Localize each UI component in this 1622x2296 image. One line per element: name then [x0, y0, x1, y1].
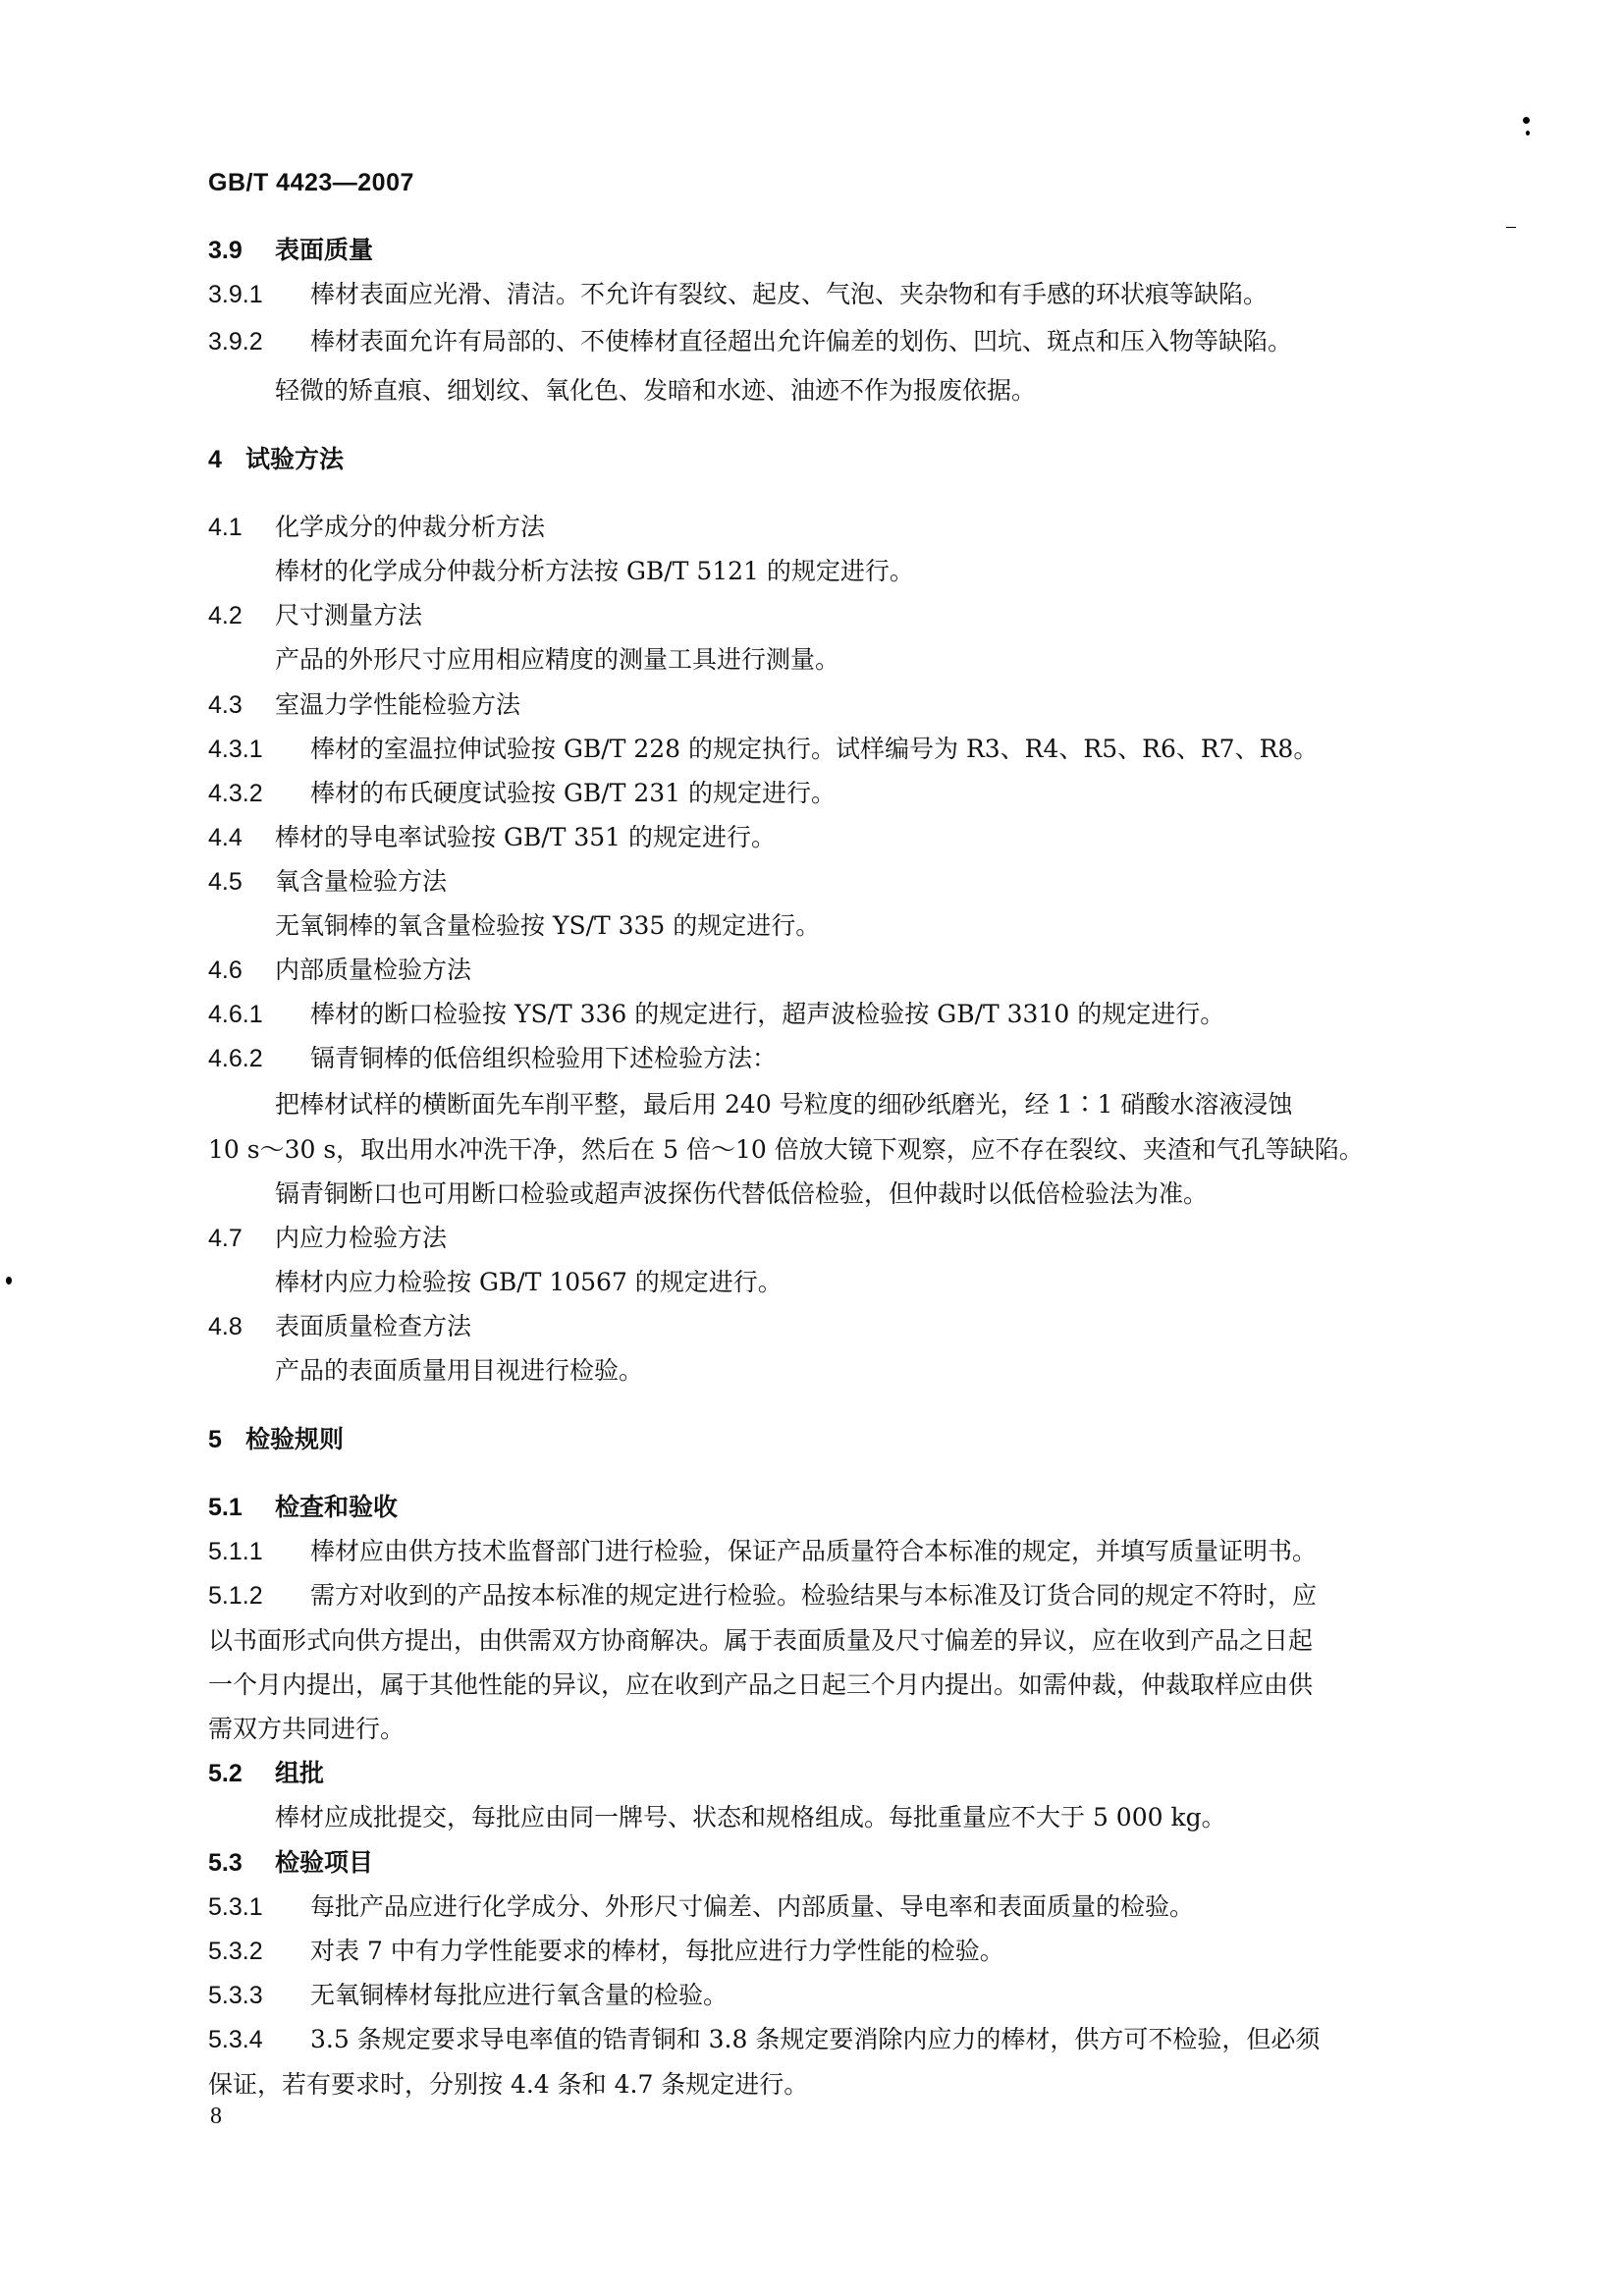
- section-heading-5-2: 5.2组批: [208, 1759, 324, 1788]
- clause-4-3-1: 4.3.1棒材的室温拉伸试验按 GB/T 228 的规定执行。试样编号为 R3、…: [208, 735, 1318, 764]
- section-heading-4-2: 4.2尺寸测量方法: [208, 601, 422, 630]
- section-heading-5-3: 5.3检验项目: [208, 1848, 373, 1878]
- chapter-heading-5: 5检验规则: [208, 1425, 344, 1454]
- clause-5-3-1: 5.3.1每批产品应进行化学成分、外形尺寸偏差、内部质量、导电率和表面质量的检验…: [208, 1892, 1194, 1922]
- clause-4-5-body: 无氧铜棒的氧含量检验按 YS/T 335 的规定进行。: [275, 911, 820, 941]
- clause-5-3-2: 5.3.2对表 7 中有力学性能要求的棒材，每批应进行力学性能的检验。: [208, 1937, 1004, 1966]
- clause-3-9-2: 3.9.2棒材表面允许有局部的、不使棒材直径超出允许偏差的划伤、凹坑、斑点和压入…: [208, 327, 1292, 356]
- clause-5-1-2: 5.1.2需方对收到的产品按本标准的规定进行检验。检验结果与本标准及订货合同的规…: [208, 1581, 1317, 1611]
- clause-4-7-body: 棒材内应力检验按 GB/T 10567 的规定进行。: [275, 1268, 783, 1297]
- scan-speck: [1526, 131, 1530, 136]
- section-heading-4-3: 4.3室温力学性能检验方法: [208, 690, 520, 720]
- clause-4-6-2-method-line-2: 10 s～30 s，取出用水冲洗干净，然后在 5 倍～10 倍放大镜下观察，应不…: [208, 1135, 1364, 1165]
- clause-4-6-2: 4.6.2镉青铜棒的低倍组织检验用下述检验方法：: [208, 1044, 777, 1073]
- section-heading-5-1: 5.1检查和验收: [208, 1493, 398, 1522]
- section-heading-4-6: 4.6内部质量检验方法: [208, 956, 471, 985]
- clause-4-6-2-method-line-1: 把棒材试样的横断面先车削平整，最后用 240 号粒度的细砂纸磨光，经 1∶1 硝…: [275, 1090, 1292, 1120]
- clause-5-1-2-line-4: 需双方共同进行。: [208, 1715, 405, 1744]
- clause-4-6-1: 4.6.1棒材的断口检验按 YS/T 336 的规定进行，超声波检验按 GB/T…: [208, 1000, 1224, 1029]
- clause-4-8-body: 产品的表面质量用目视进行检验。: [275, 1356, 643, 1386]
- clause-5-3-3: 5.3.3无氧铜棒材每批应进行氧含量的检验。: [208, 1981, 728, 2010]
- clause-5-1-1: 5.1.1棒材应由供方技术监督部门进行检验，保证产品质量符合本标准的规定，并填写…: [208, 1537, 1317, 1566]
- scan-speck: [6, 1277, 12, 1285]
- section-heading-4-1: 4.1化学成分的仲裁分析方法: [208, 513, 545, 542]
- scan-speck: [1506, 227, 1516, 228]
- section-heading-3-9: 3.9表面质量: [208, 236, 373, 265]
- document-page: GB/T 4423—2007 3.9表面质量 3.9.1棒材表面应光滑、清洁。不…: [0, 0, 1622, 2296]
- chapter-heading-4: 4试验方法: [208, 445, 344, 474]
- clause-5-3-4: 5.3.43.5 条规定要求导电率值的锆青铜和 3.8 条规定要消除内应力的棒材…: [208, 2025, 1320, 2054]
- clause-4-1-body: 棒材的化学成分仲裁分析方法按 GB/T 5121 的规定进行。: [275, 557, 914, 586]
- clause-3-9-1: 3.9.1棒材表面应光滑、清洁。不允许有裂纹、起皮、气泡、夹杂物和有手感的环状痕…: [208, 280, 1268, 309]
- standard-code-header: GB/T 4423—2007: [208, 169, 414, 197]
- clause-4-3-2: 4.3.2棒材的布氏硬度试验按 GB/T 231 的规定进行。: [208, 779, 836, 808]
- clause-5-1-2-line-2: 以书面形式向供方提出，由供需双方协商解决。属于表面质量及尺寸偏差的异议，应在收到…: [208, 1626, 1313, 1656]
- clause-3-9-2-continuation: 轻微的矫直痕、细划纹、氧化色、发暗和水迹、油迹不作为报废依据。: [275, 376, 1036, 406]
- scan-speck: [1523, 117, 1530, 124]
- clause-5-3-4-line-2: 保证，若有要求时，分别按 4.4 条和 4.7 条规定进行。: [208, 2070, 808, 2100]
- section-heading-4-7: 4.7内应力检验方法: [208, 1224, 447, 1253]
- section-heading-4-5: 4.5氧含量检验方法: [208, 867, 447, 897]
- page-number: 8: [210, 2104, 222, 2130]
- clause-4-6-2-note: 镉青铜断口也可用断口检验或超声波探伤代替低倍检验，但仲裁时以低倍检验法为准。: [275, 1179, 1208, 1209]
- clause-5-2-body: 棒材应成批提交，每批应由同一牌号、状态和规格组成。每批重量应不大于 5 000 …: [275, 1803, 1226, 1832]
- section-heading-4-8: 4.8表面质量检查方法: [208, 1312, 471, 1341]
- clause-5-1-2-line-3: 一个月内提出，属于其他性能的异议，应在收到产品之日起三个月内提出。如需仲裁，仲裁…: [208, 1670, 1313, 1700]
- clause-4-2-body: 产品的外形尺寸应用相应精度的测量工具进行测量。: [275, 645, 839, 675]
- clause-4-4: 4.4棒材的导电率试验按 GB/T 351 的规定进行。: [208, 823, 776, 852]
